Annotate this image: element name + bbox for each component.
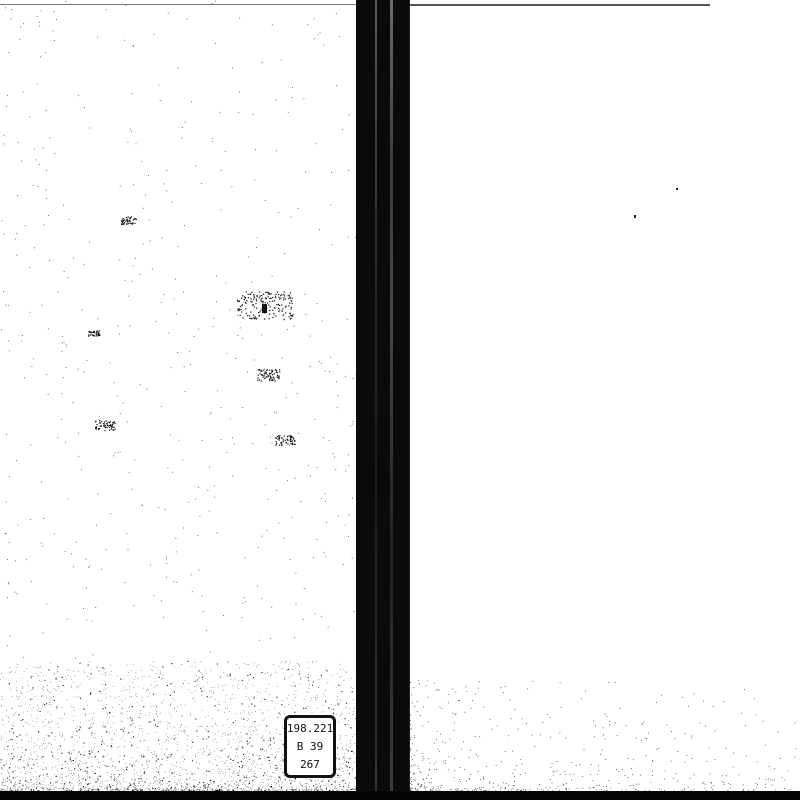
book-spine — [356, 0, 410, 800]
top-edge-line-right — [410, 4, 710, 6]
call-number-label: 198.221 B 39 267 — [284, 715, 336, 778]
call-number-item: 267 — [300, 758, 320, 771]
spine-highlight — [375, 0, 377, 800]
call-number-class: 198.221 — [287, 722, 333, 735]
bottom-border-band — [0, 791, 800, 800]
call-number-cutter: B 39 — [297, 740, 324, 753]
top-edge-line-left — [0, 4, 356, 5]
spine-edge — [409, 0, 410, 800]
scanned-book-cover: 198.221 B 39 267 — [0, 0, 800, 800]
spine-highlight — [390, 0, 393, 800]
